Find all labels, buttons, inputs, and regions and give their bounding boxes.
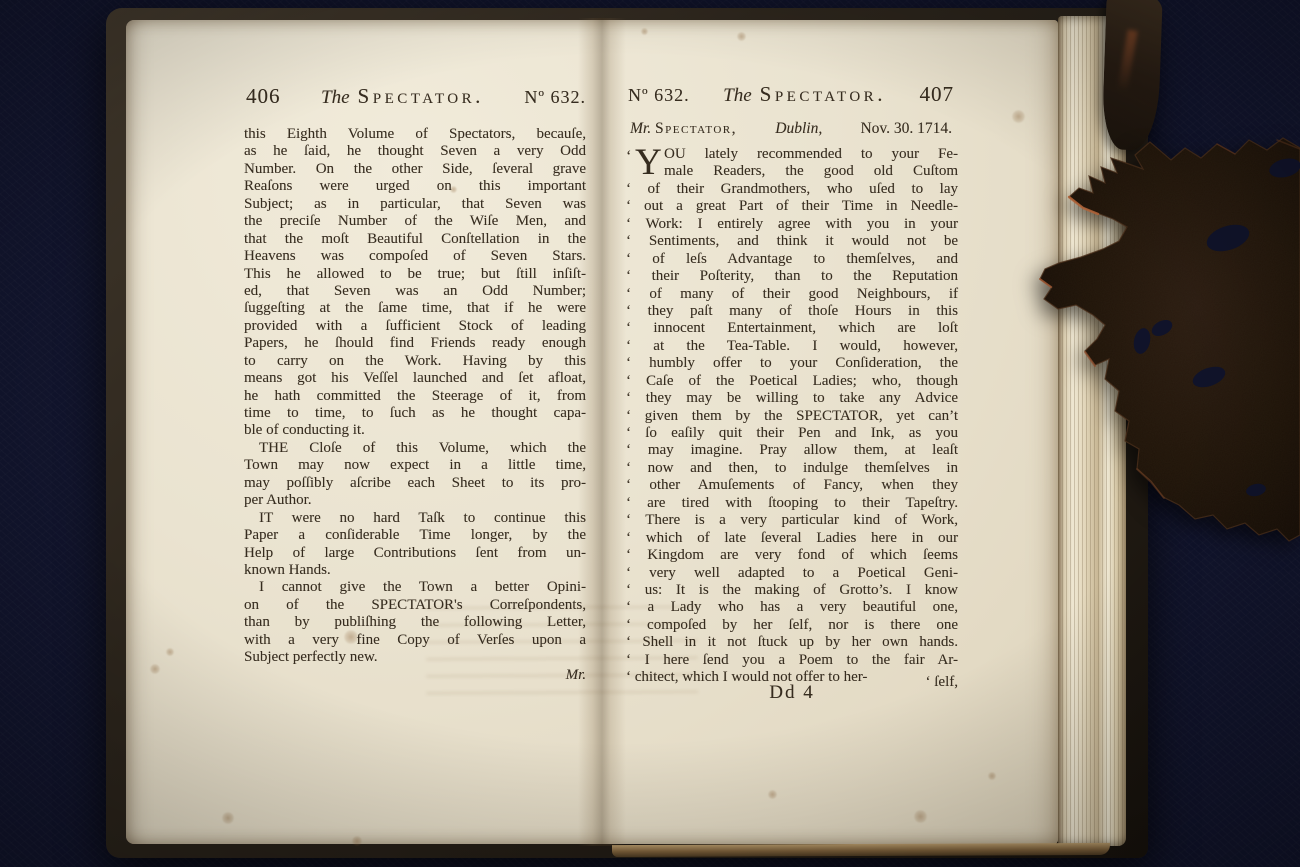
text-line: means got his Veſſel launched and ſet af… [244,370,586,387]
left-page-header: 406 The Spectator. Nº 632. [246,84,586,109]
header-spectator: Spectator. [358,84,484,109]
text-line: This he allowed to be true; but ſtill in… [244,266,586,283]
text-line: ‘ of leſs Advantage to themſelves, and [626,251,958,268]
text-line: ‘ humbly offer to your Conſideration, th… [626,355,958,372]
text-line: than by publiſhing the following Letter, [244,614,586,631]
paragraph: this Eighth Volume of Spectators, becauſ… [244,126,586,440]
foxing-spot [914,810,927,823]
text-line: OU lately recommended to your Fe- [664,146,958,163]
text-line: ‘ a Lady who has a very beautiful one, [626,599,958,616]
text-line: ‘ at the Tea-Table. I would, however, [626,338,958,355]
header-the: The [321,87,350,109]
text-line: male Readers, the good old Cuſtom [664,163,958,180]
catchword-right: ‘ ſelf, [926,674,958,691]
foxing-spot [641,28,648,35]
photo-background: 406 The Spectator. Nº 632. this Eighth V… [0,0,1300,867]
foxing-spot [150,664,160,674]
text-line: may poſſibly aſcribe each Sheet to its p… [244,475,586,492]
signature-mark: Dd 4 [769,682,814,703]
text-line: Town may now expect in a little time, [244,457,586,474]
letter-salutation: Mr. Spectator, Dublin, Nov. 30. 1714. [630,120,952,138]
header-spectator: Spectator. [760,82,886,107]
text-line: that the moſt Beautiful Conſtellation in… [244,231,586,248]
text-line: ‘ of their Grandmothers, who uſed to lay [626,181,958,198]
text-line: IT were no hard Taſk to continue this [244,510,586,527]
text-line: known Hands. [244,562,586,579]
right-page-text: ‘ Y OU lately recommended to your Fe-mal… [626,146,958,687]
text-line: THE Cloſe of this Volume, which the [244,440,586,457]
paragraph: IT were no hard Taſk to continue thisPap… [244,510,586,580]
foxing-spot [352,836,362,846]
drop-cap-initial: Y [635,146,662,180]
right-page-header: Nº 632. The Spectator. 407 [628,82,954,107]
left-page-number: 406 [246,84,281,109]
text-line: ‘ ſo eaſily quit their Pen and Ink, as y… [626,425,958,442]
text-line: Subject; as in particular, that Seven wa… [244,196,586,213]
paragraph: THE Cloſe of this Volume, which theTown … [244,440,586,510]
text-line: ed, that Seven was an Odd Number; [244,283,586,300]
page-block-bottom-edge [612,843,1110,857]
text-line: ‘ There is a very particular kind of Wor… [626,512,958,529]
text-line: ſuggeſting at the ſame time, that if he … [244,300,586,317]
text-line: ‘ of many of their good Neighbours, if [626,286,958,303]
salutation-mr: Mr. [630,120,651,137]
text-line: per Author. [244,492,586,509]
text-line: ‘ I here ſend you a Poem to the fair Ar- [626,652,958,669]
text-line: ‘ other Amuſements of Fancy, when they [626,477,958,494]
foxing-spot [768,790,777,799]
text-line: time to time, to ſuch as he thought capa… [244,405,586,422]
text-line: he hath committed the Steerage of it, fr… [244,388,586,405]
text-line: Paper a conſiderable Time longer, by the [244,527,586,544]
foxing-spot [166,648,174,656]
salutation-addressee: Mr. Spectator, [630,120,737,138]
text-line: this Eighth Volume of Spectators, becauſ… [244,126,586,143]
opening-quote-mark: ‘ [626,148,631,166]
text-line: ‘ compoſed by her ſelf, nor is there one [626,617,958,634]
text-line: ‘ innocent Entertainment, which are loſt [626,320,958,337]
text-line: ‘ out a great Part of their Time in Need… [626,198,958,215]
text-line: Heavens was compoſed of Seven Stars. [244,248,586,265]
text-line: ‘ they may be willing to take any Advice [626,390,958,407]
text-line: Number. On the other Side, ſeveral grave [244,161,586,178]
text-line: ‘ now and then, to indulge themſelves in [626,460,958,477]
foxing-spot [222,812,234,824]
text-line: to carry on the Work. Having by this [244,353,586,370]
text-line: ‘ Caſe of the Poetical Ladies; who, thou… [626,373,958,390]
text-line: with a very fine Copy of Verſes upon a [244,632,586,649]
text-line: Papers, he ſhould find Friends ready eno… [244,335,586,352]
text-line: Reaſons were urged on this important [244,178,586,195]
salutation-place: Dublin, [775,120,822,138]
left-issue-number: Nº 632. [524,87,586,108]
text-line: ‘ Shell in it not ſtuck up by her own ha… [626,634,958,651]
foxing-spot [737,32,746,41]
text-line: ‘ given them by the SPECTATOR, yet can’t [626,408,958,425]
catchword-left: Mr. [244,667,586,684]
salutation-date: Nov. 30. 1714. [860,120,952,138]
letter-body: OU lately recommended to your Fe-male Re… [626,146,958,687]
text-line: ‘ which of late ſeveral Ladies here in o… [626,530,958,547]
text-line: Subject perfectly new. [244,649,586,666]
text-line: ‘ they paſt many of thoſe Hours in this [626,303,958,320]
salutation-spectator: Spectator, [655,120,737,137]
right-header-title: The Spectator. [723,82,886,107]
foxing-spot [1012,110,1025,123]
right-page-number: 407 [920,82,955,107]
text-line: Help of large Contributions ſent from un… [244,545,586,562]
text-line: ble of conducting it. [244,422,586,439]
text-line: ‘ Sentiments, and think it would not be [626,233,958,250]
text-line: ‘ are tired with ſtooping to their Tapeſ… [626,495,958,512]
signature-row: Dd 4 ‘ ſelf, [626,682,958,704]
left-header-title: The Spectator. [321,84,484,109]
text-line: ‘ their Poſterity, than to the Reputatio… [626,268,958,285]
text-line: the preciſe Number of the Wiſe Men, and [244,213,586,230]
paragraph: I cannot give the Town a better Opini-on… [244,579,586,666]
right-issue-number: Nº 632. [628,85,690,106]
text-line: ‘ Kingdom are very fond of which ſeems [626,547,958,564]
text-line: as he ſaid, he thought Seven a very Odd [244,143,586,160]
left-page-text: this Eighth Volume of Spectators, becauſ… [244,126,586,667]
text-line: ‘ us: It is the making of Grotto’s. I kn… [626,582,958,599]
header-the: The [723,85,752,107]
text-line: provided with a ſufficient Stock of lead… [244,318,586,335]
text-line: ‘ very well adapted to a Poetical Geni- [626,565,958,582]
text-line: ‘ may imagine. Pray allow them, at leaſt [626,442,958,459]
text-line: ‘ Work: I entirely agree with you in you… [626,216,958,233]
foxing-spot [988,772,996,780]
metal-clasp [1038,128,1300,568]
text-line: I cannot give the Town a better Opini- [244,579,586,596]
text-line: on of the SPECTATOR's Correſpondents, [244,597,586,614]
